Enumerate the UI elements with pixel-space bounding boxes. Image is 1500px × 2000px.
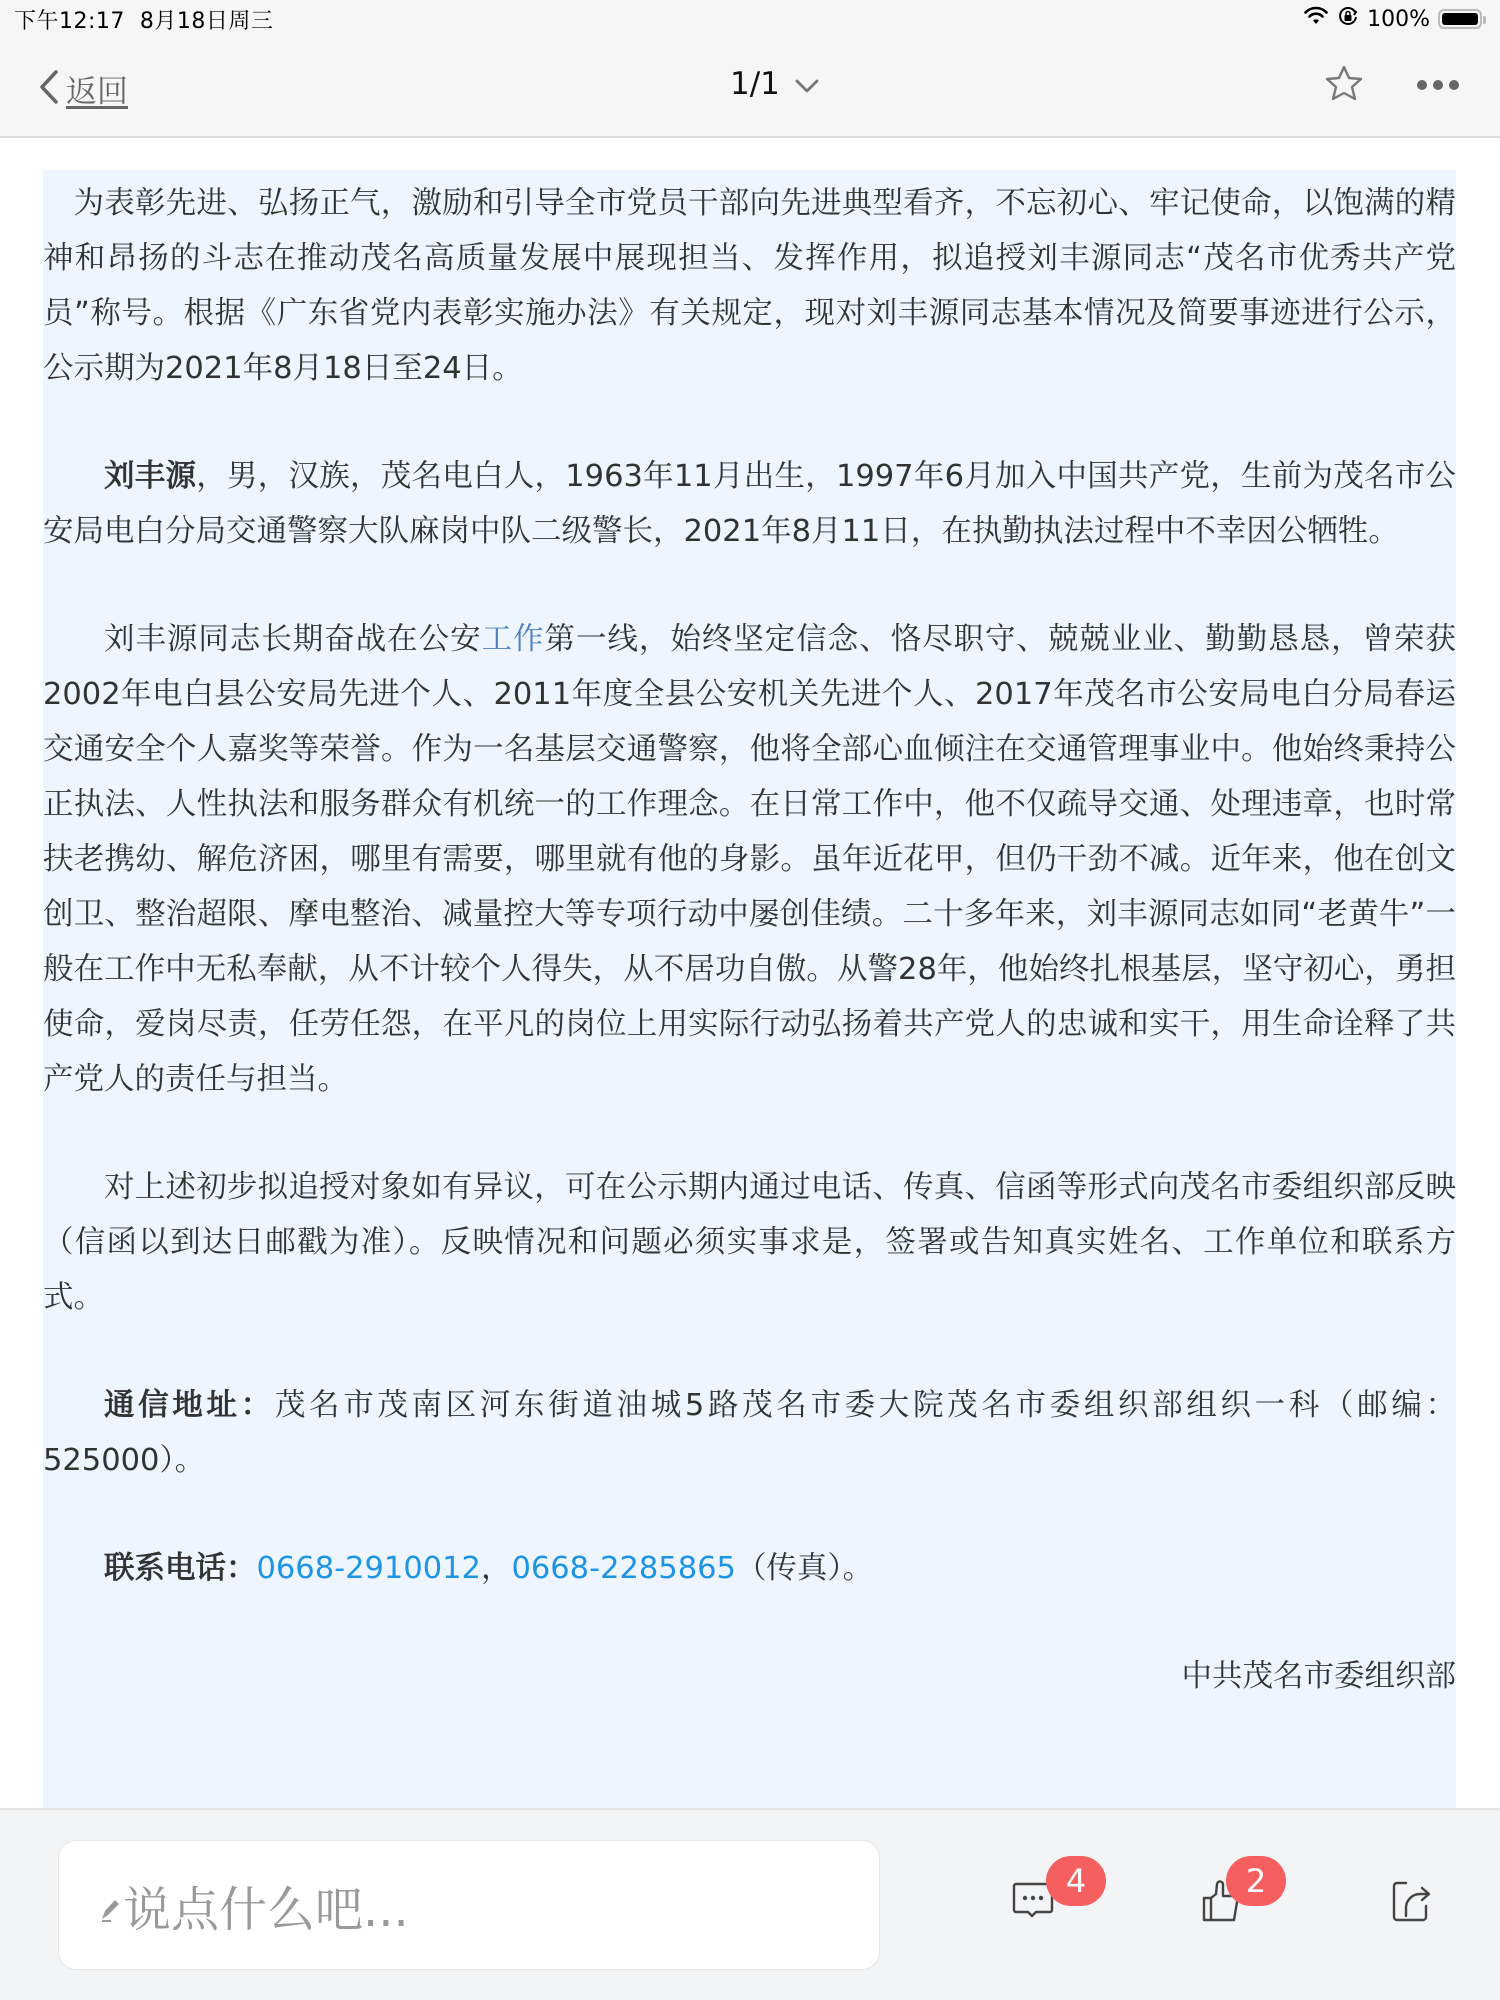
status-right: 100%: [1303, 4, 1482, 34]
phone-separator: ，: [481, 1551, 512, 1586]
article-content: 为表彰先进、弘扬正气，激励和引导全市党员干部向先进典型看齐，不忘初心、牢记使命，…: [43, 170, 1456, 1808]
phone-label: 联系电话：: [104, 1551, 257, 1586]
wifi-icon: [1303, 6, 1329, 32]
status-time-text: 下午12:17: [14, 9, 125, 34]
paragraph-objection: 对上述初步拟追授对象如有异议，可在公示期内通过电话、传真、信函等形式向茂名市委组…: [43, 1160, 1456, 1325]
paragraph-deeds: 刘丰源同志长期奋战在公安工作第一线，始终坚定信念、恪尽职守、兢兢业业、勤勤恳恳，…: [43, 612, 1456, 1107]
paragraph-intro: 为表彰先进、弘扬正气，激励和引导全市党员干部向先进典型看齐，不忘初心、牢记使命，…: [43, 176, 1456, 396]
comment-input[interactable]: 说点什么吧...: [58, 1840, 880, 1970]
signature: 中共茂名市委组织部: [43, 1649, 1456, 1704]
profile-text: ，男，汉族，茂名电白人，1963年11月出生，1997年6月加入中国共产党，生前…: [43, 459, 1456, 549]
deeds-text-before: 刘丰源同志长期奋战在公安: [104, 622, 482, 657]
share-icon: [1392, 1880, 1432, 1926]
comment-button[interactable]: 4: [1010, 1856, 1090, 1946]
status-date-text: 8月18日周三: [140, 9, 274, 34]
page-indicator: 1/1: [730, 66, 780, 102]
pencil-icon: [99, 1897, 121, 1927]
nav-actions: [1324, 64, 1460, 106]
like-button[interactable]: 2: [1200, 1856, 1280, 1946]
back-button[interactable]: 返回: [38, 66, 128, 111]
page-indicator-dropdown[interactable]: 1/1: [730, 66, 820, 102]
paragraph-phone: 联系电话：0668-2910012，0668-2285865（传真）。: [43, 1541, 1456, 1596]
phone-link-2[interactable]: 0668-2285865: [511, 1551, 735, 1586]
share-button[interactable]: [1390, 1856, 1470, 1946]
status-time: 下午12:17 8月18日周三: [14, 4, 273, 35]
status-bar: 下午12:17 8月18日周三 100%: [0, 0, 1500, 38]
bottom-bar: 说点什么吧... 4 2: [0, 1808, 1500, 2000]
chevron-left-icon: [38, 69, 60, 109]
deeds-text-after: 第一线，始终坚定信念、恪尽职守、兢兢业业、勤勤恳恳，曾荣获2002年电白县公安局…: [43, 622, 1456, 1097]
orientation-lock-icon: [1337, 5, 1359, 33]
phone-link-1[interactable]: 0668-2910012: [257, 1551, 481, 1586]
address-label: 通信地址：: [104, 1388, 275, 1423]
comment-placeholder: 说点什么吧...: [123, 1871, 409, 1940]
back-label: 返回: [66, 66, 128, 111]
phone-suffix: （传真）。: [736, 1551, 873, 1586]
paragraph-address: 通信地址：茂名市茂南区河东街道油城5路茂名市委大院茂名市委组织部组织一科（邮编：…: [43, 1378, 1456, 1488]
person-name: 刘丰源: [104, 459, 196, 494]
more-icon[interactable]: [1416, 76, 1460, 95]
chevron-down-icon: [794, 66, 820, 102]
keyword-link[interactable]: 工作: [482, 622, 545, 657]
star-icon[interactable]: [1324, 64, 1364, 106]
paragraph-profile: 刘丰源，男，汉族，茂名电白人，1963年11月出生，1997年6月加入中国共产党…: [43, 449, 1456, 559]
comment-count-badge: 4: [1046, 1856, 1106, 1906]
like-count-badge: 2: [1226, 1856, 1286, 1906]
battery-percent: 100%: [1367, 7, 1430, 32]
battery-icon: [1438, 9, 1482, 29]
nav-bar: 返回 1/1: [0, 38, 1500, 138]
